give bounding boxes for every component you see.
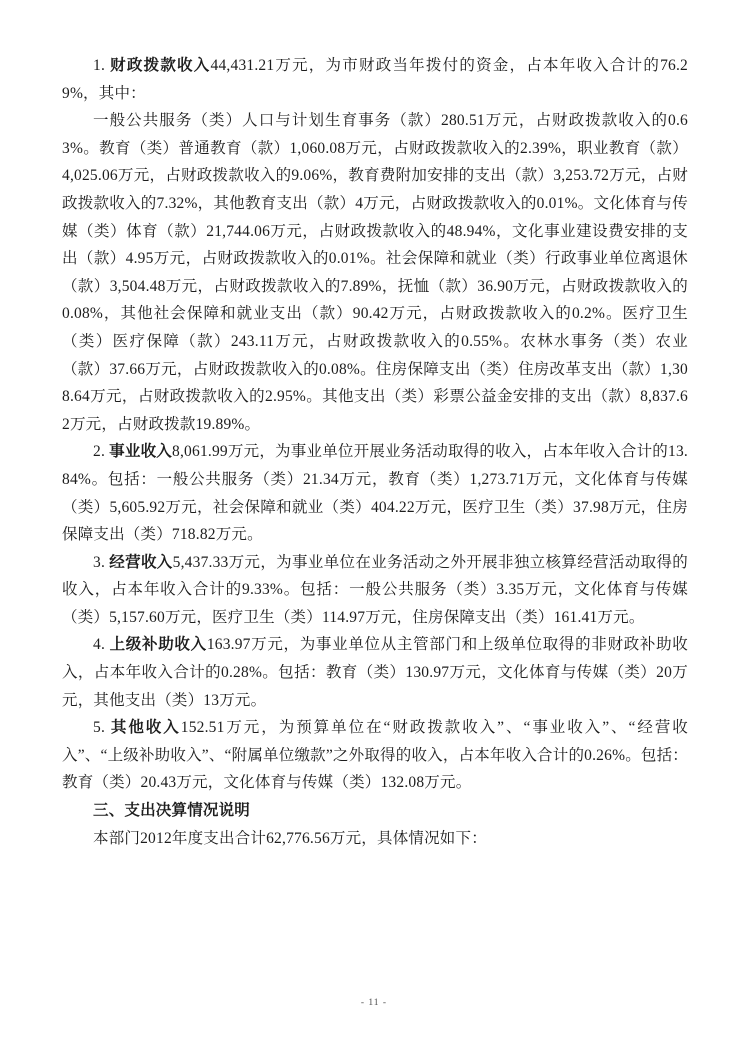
list-number: 1. <box>93 57 110 74</box>
term-fiscal-appropriation-income: 财政拨款收入 <box>110 57 210 74</box>
term-operating-income: 经营收入 <box>109 554 172 571</box>
document-page: 1. 财政拨款收入44,431.21万元，为市财政当年拨付的资金，占本年收入合计… <box>0 0 748 1059</box>
paragraph-business-income: 2. 事业收入8,061.99万元，为事业单位开展业务活动取得的收入，占本年收入… <box>62 438 688 548</box>
heading-text: 三、支出决算情况说明 <box>93 802 250 819</box>
paragraph-total-expenditure: 本部门2012年度支出合计62,776.56万元，具体情况如下： <box>62 825 688 853</box>
list-number: 4. <box>93 636 110 653</box>
paragraph-text: 本部门2012年度支出合计62,776.56万元，具体情况如下： <box>93 830 487 847</box>
paragraph-text: 一般公共服务（类）人口与计划生育事务（款）280.51万元，占财政拨款收入的0.… <box>62 112 688 433</box>
paragraph-superior-subsidy-income: 4. 上级补助收入163.97万元，为事业单位从主管部门和上级单位取得的非财政补… <box>62 631 688 714</box>
term-business-income: 事业收入 <box>109 443 172 460</box>
list-number: 3. <box>93 554 109 571</box>
term-superior-subsidy-income: 上级补助收入 <box>110 636 207 653</box>
page-number: - 11 - <box>0 998 748 1008</box>
heading-expenditure-statement: 三、支出决算情况说明 <box>62 797 688 825</box>
term-other-income: 其他收入 <box>111 719 181 736</box>
paragraph-fiscal-appropriation-breakdown: 一般公共服务（类）人口与计划生育事务（款）280.51万元，占财政拨款收入的0.… <box>62 107 688 438</box>
list-number: 2. <box>93 443 109 460</box>
document-body: 1. 财政拨款收入44,431.21万元，为市财政当年拨付的资金，占本年收入合计… <box>62 52 688 852</box>
paragraph-fiscal-appropriation-income: 1. 财政拨款收入44,431.21万元，为市财政当年拨付的资金，占本年收入合计… <box>62 52 688 107</box>
paragraph-other-income: 5. 其他收入152.51万元，为预算单位在“财政拨款收入”、“事业收入”、“经… <box>62 714 688 797</box>
paragraph-operating-income: 3. 经营收入5,437.33万元，为事业单位在业务活动之外开展非独立核算经营活… <box>62 549 688 632</box>
list-number: 5. <box>93 719 111 736</box>
